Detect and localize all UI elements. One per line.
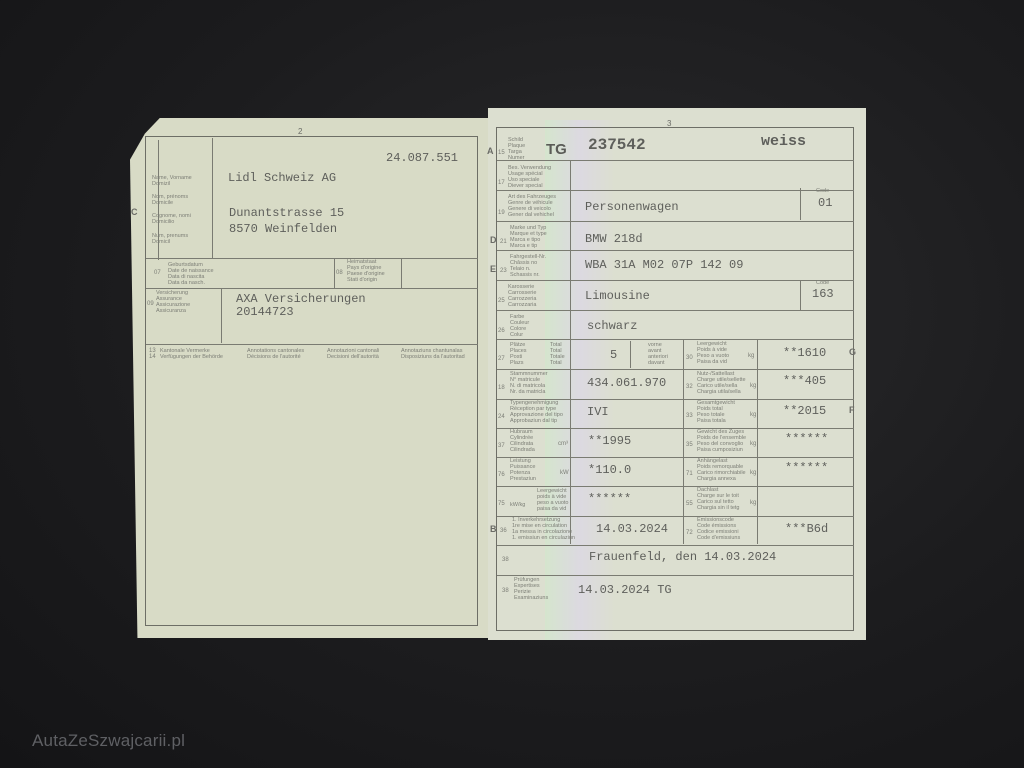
power-to-weight: ****** (588, 492, 631, 506)
issue-place-date: Frauenfeld, den 14.03.2024 (589, 550, 776, 564)
holder-city: 8570 Weinfelden (229, 222, 337, 236)
make-model: BMW 218d (585, 232, 643, 246)
vehicle-type-code: 01 (818, 196, 832, 210)
label-power: Leistung Puissance Potenza Prestaziun (510, 458, 536, 482)
vehicle-type: Personenwagen (585, 200, 679, 214)
label-total-weight: Gesamtgewicht Poids total Peso totale Pa… (697, 400, 735, 424)
label-plate: Schild Plaque Targa Numer (508, 137, 525, 161)
label-train-weight: Gewicht des Zuges Poids de l'ensemble Pe… (697, 429, 746, 453)
label-kw-kg: Leergewicht poids à vide peso a vuoto pa… (537, 488, 569, 512)
label-remarks-fr: Annotations cantonales Décisions de l'au… (247, 348, 304, 360)
insurance-number: 20144723 (236, 305, 294, 319)
plate-color: weiss (761, 133, 806, 150)
insurance-company: AXA Versicherungen (236, 292, 366, 306)
chassis-number: WBA 31A M02 07P 142 09 (585, 258, 743, 272)
label-name: Name, Vorname Domizil (152, 175, 192, 187)
payload: ***405 (783, 374, 826, 388)
label-trailer-load: Anhängelast Poids remorquable Carico rim… (697, 458, 746, 482)
plate-number: 237542 (588, 136, 646, 154)
train-weight: ****** (785, 432, 828, 446)
type-approval: IVI (587, 405, 609, 419)
label-vehicle-type: Art des Fahrzeuges Genre de véhicule Gen… (508, 194, 556, 218)
label-insurance: Versicherung Assurance Assicurazione Ass… (156, 290, 190, 314)
label-empty-weight: Leergewicht Poids à vide Peso a vuoto Pa… (697, 341, 729, 365)
label-seats: Plätze Places Posti Plazs (510, 342, 527, 366)
label-approval-number: Stammnummer N° matricule N. di matricola… (510, 371, 548, 395)
label-type-approval: Typengenehmigung Réception par type Appr… (510, 400, 563, 424)
body-code: 163 (812, 287, 834, 301)
label-special-use: Bes. Verwendung Usage spécial Uso specia… (508, 165, 551, 189)
label-make-model: Marke und Typ Marque et type Marca e tip… (510, 225, 547, 249)
section-letter-c: C (131, 207, 138, 217)
holder-street: Dunantstrasse 15 (229, 206, 344, 220)
label-chassis: Fahrgestell-Nr. Châssis no Telaio n. Sch… (510, 254, 546, 278)
label-remarks-rm: Annotaziuns chantunalas Disposiziuns da … (401, 348, 465, 360)
power: *110.0 (588, 463, 631, 477)
inspection-date: 14.03.2024 TG (578, 583, 672, 597)
label-first-registration: 1. Inverkehrsetzung 1re mise en circulat… (512, 517, 575, 541)
watermark: AutaZeSzwajcarii.pl (32, 731, 185, 751)
empty-weight: **1610 (783, 346, 826, 360)
label-payload: Nutz-/Sattellast Charge utile/sellette C… (697, 371, 746, 395)
label-num: Num, prenums Domicil (152, 233, 188, 245)
displacement: **1995 (588, 434, 631, 448)
label-displacement: Hubraum Cylindrée Cilindrata Cilindrada (510, 429, 535, 453)
emission-code: ***B6d (785, 522, 828, 536)
first-registration-date: 14.03.2024 (596, 522, 668, 536)
label-emission-code: Emissionscode Code émissions Codice emis… (697, 517, 740, 541)
seats-total: 5 (610, 348, 617, 362)
body-type: Limousine (585, 289, 650, 303)
document-number: 24.087.551 (386, 151, 458, 165)
label-body: Karosserie Carrosserie Carrozzeria Carro… (508, 284, 536, 308)
label-remarks-it: Annotazioni cantonali Decisioni dell'aut… (327, 348, 379, 360)
label-birthdate: Geburtsdatum Date de naissance Data di n… (168, 262, 214, 286)
plate-canton: TG (546, 141, 567, 158)
label-roof-load: Dachlast Charge sur le toit Carico sul t… (697, 487, 740, 511)
holder-name: Lidl Schweiz AG (228, 171, 336, 185)
column-number-2: 2 (298, 127, 302, 136)
approval-number: 434.061.970 (587, 376, 666, 390)
label-inspections: Prüfungen Expertises Perizie Examinaziun… (514, 577, 548, 601)
label-color: Farbe Couleur Colore Colur (510, 314, 529, 338)
label-nom: Nom, prénoms Domicile (152, 194, 188, 206)
label-remarks-de: Kantonale Vermerke Verfügungen der Behör… (160, 348, 223, 360)
total-weight: **2015 (783, 404, 826, 418)
label-cognome: Cognome, nomi Domicilio (152, 213, 191, 225)
label-origin: Heimatstaat Pays d'origine Paese d'origi… (347, 259, 385, 283)
vehicle-color: schwarz (587, 319, 637, 333)
trailer-load: ****** (785, 461, 828, 475)
